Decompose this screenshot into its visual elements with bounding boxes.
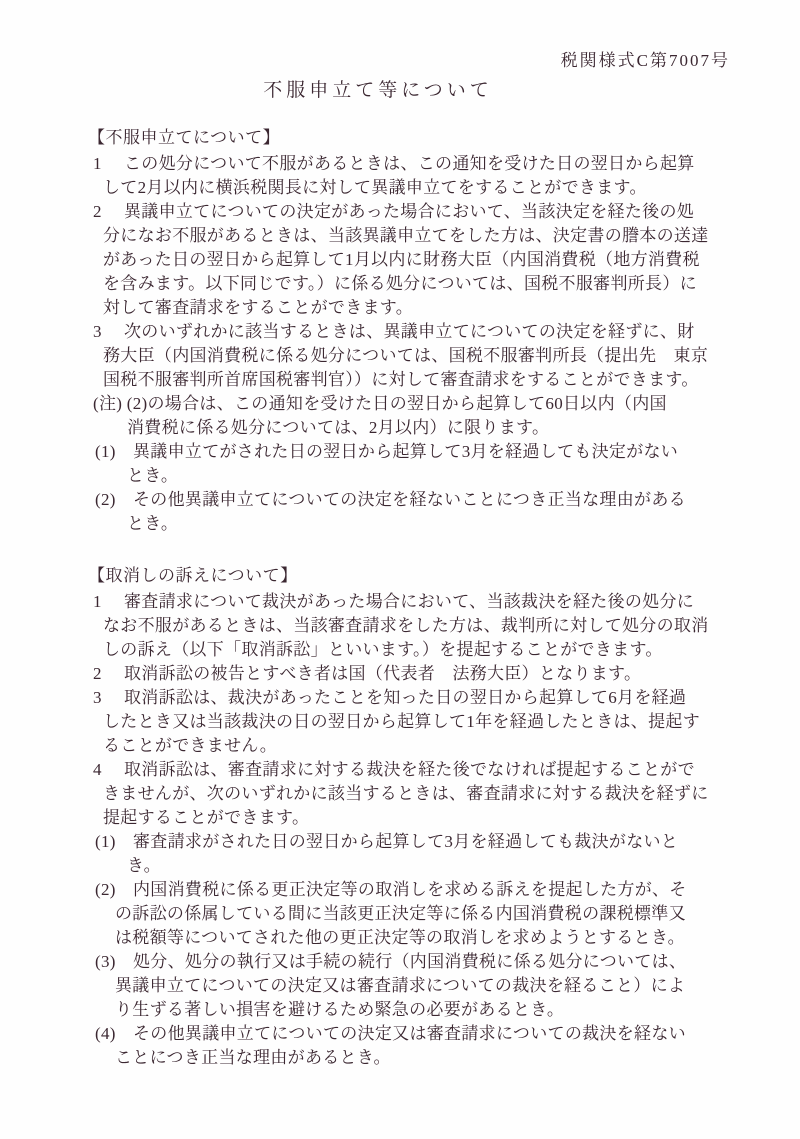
text-line: 務大臣（内国消費税に係る処分については、国税不服審判所長（提出先 東京	[88, 344, 768, 368]
text-line: (1)審査請求がされた日の翌日から起算して3月を経過しても裁決がないと	[88, 830, 768, 854]
list-marker: 2	[93, 662, 124, 686]
list-marker: 2	[93, 200, 124, 224]
text-line: 国税不服審判所首席国税審判官））に対して審査請求をすることができます。	[88, 368, 768, 392]
text-line: したとき又は当該裁決の日の翌日から起算して1年を経過したときは、提起す	[88, 710, 768, 734]
text-line: 1この処分について不服があるときは、この通知を受けた日の翌日から起算	[88, 152, 768, 176]
text-line: (2)その他異議申立てについての決定を経ないことにつき正当な理由がある	[88, 488, 768, 512]
section-1: 【不服申立てについて】1この処分について不服があるときは、この通知を受けた日の翌…	[88, 126, 768, 536]
list-marker: 4	[93, 758, 124, 782]
list-marker: (2)	[95, 878, 133, 902]
text-line: なお不服があるときは、当該審査請求をした方は、裁判所に対して処分の取消	[88, 614, 768, 638]
text-line: 2取消訴訟の被告とすべき者は国（代表者 法務大臣）となります。	[88, 662, 768, 686]
text-line: 3次のいずれかに該当するときは、異議申立てについての決定を経ずに、財	[88, 320, 768, 344]
list-marker: 3	[93, 320, 124, 344]
list-marker: 1	[93, 590, 124, 614]
page-title: 不服申立て等について	[0, 75, 756, 102]
list-marker: (3)	[95, 950, 133, 974]
list-marker: (4)	[95, 1022, 133, 1046]
text-line: (1)異議申立てがされた日の翌日から起算して3月を経過しても決定がない	[88, 440, 768, 464]
text-line: 消費税に係る処分については、2月以内）に限ります。	[88, 416, 768, 440]
list-marker: 3	[93, 686, 124, 710]
text-line: 提起することができます。	[88, 806, 768, 830]
list-marker: (1)	[95, 830, 133, 854]
text-line: 1審査請求について裁決があった場合において、当該裁決を経た後の処分に	[88, 590, 768, 614]
text-line: は税額等についてされた他の更正決定等の取消しを求めようとするとき。	[88, 926, 768, 950]
text-line: 分になお不服があるときは、当該異議申立てをした方は、決定書の謄本の送達	[88, 224, 768, 248]
text-line: ことにつき正当な理由があるとき。	[88, 1046, 768, 1070]
section-heading: 【取消しの訴えについて】	[88, 564, 768, 588]
text-line: とき。	[88, 464, 768, 488]
form-number: 税関様式C第7007号	[561, 46, 730, 71]
text-line: 2異議申立てについての決定があった場合において、当該決定を経た後の処	[88, 200, 768, 224]
text-line: して2月以内に横浜税関長に対して異議申立てをすることができます。	[88, 176, 768, 200]
text-line: があった日の翌日から起算して1月以内に財務大臣（内国消費税（地方消費税	[88, 248, 768, 272]
list-marker: (2)	[95, 488, 133, 512]
list-marker: (1)	[95, 440, 133, 464]
text-line: き。	[88, 854, 768, 878]
list-marker: 1	[93, 152, 124, 176]
section-2: 【取消しの訴えについて】1審査請求について裁決があった場合において、当該裁決を経…	[88, 564, 768, 1070]
text-line: を含みます。以下同じです。）に係る処分については、国税不服審判所長）に	[88, 272, 768, 296]
text-line: (2)内国消費税に係る更正決定等の取消しを求める訴えを提起した方が、そ	[88, 878, 768, 902]
text-line: きませんが、次のいずれかに該当するときは、審査請求に対する裁決を経ずに	[88, 782, 768, 806]
text-line: (4)その他異議申立てについての決定又は審査請求についての裁決を経ない	[88, 1022, 768, 1046]
text-line: り生ずる著しい損害を避けるため緊急の必要があるとき。	[88, 998, 768, 1022]
text-line: 4取消訴訟は、審査請求に対する裁決を経た後でなければ提起することがで	[88, 758, 768, 782]
text-line: (注) (2)の場合は、この通知を受けた日の翌日から起算して60日以内（内国	[88, 392, 768, 416]
text-line: 異議申立てについての決定又は審査請求についての裁決を経ること）によ	[88, 974, 768, 998]
section-heading: 【不服申立てについて】	[88, 126, 768, 150]
text-line: の訴訟の係属している間に当該更正決定等に係る内国消費税の課税標準又	[88, 902, 768, 926]
text-line: (3)処分、処分の執行又は手続の続行（内国消費税に係る処分については、	[88, 950, 768, 974]
document-page: 税関様式C第7007号 不服申立て等について 【不服申立てについて】1この処分に…	[0, 0, 800, 1139]
text-line: ることができません。	[88, 734, 768, 758]
text-line: 対して審査請求をすることができます。	[88, 296, 768, 320]
text-line: とき。	[88, 512, 768, 536]
text-line: 3取消訴訟は、裁決があったことを知った日の翌日から起算して6月を経過	[88, 686, 768, 710]
document-body: 【不服申立てについて】1この処分について不服があるときは、この通知を受けた日の翌…	[88, 126, 768, 1070]
text-line: しの訴え（以下「取消訴訟」といいます。）を提起することができます。	[88, 638, 768, 662]
